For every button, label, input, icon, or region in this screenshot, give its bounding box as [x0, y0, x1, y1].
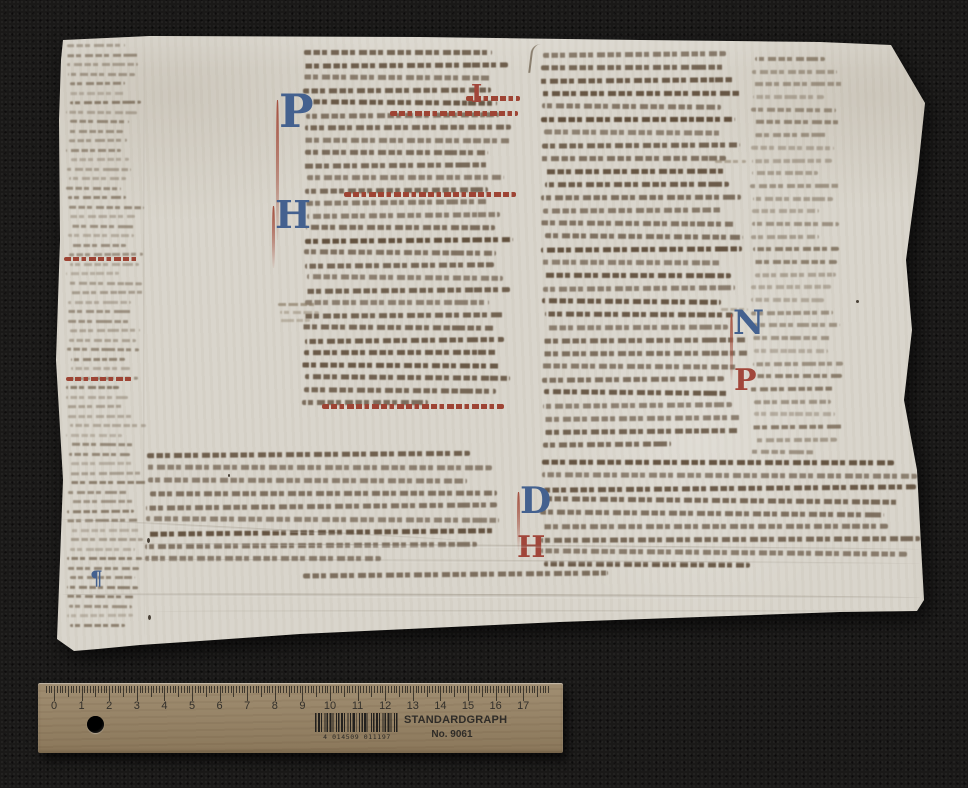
script-line: [68, 319, 132, 322]
script-line: [715, 160, 746, 163]
ruler-tick: [200, 686, 201, 693]
script-line: [68, 215, 135, 218]
ruler-number: 4: [161, 700, 167, 712]
script-line: [543, 402, 732, 408]
ruler-tick: [95, 686, 96, 697]
ruler-tick: [239, 686, 240, 693]
script-line: [150, 491, 497, 496]
initial-letter-P-blue: P: [279, 88, 314, 134]
ruler-tick: [438, 686, 439, 693]
script-line: [545, 428, 739, 434]
script-line: [305, 125, 511, 130]
crease: [62, 593, 920, 600]
ruler-tick: [267, 686, 268, 693]
script-line: [544, 415, 740, 421]
ruler-tick: [540, 686, 541, 693]
rubric-line: [390, 111, 518, 116]
ruler-tick: [498, 686, 499, 693]
ruler-tick: [164, 686, 165, 701]
script-line: [302, 362, 500, 368]
script-line: [67, 63, 138, 66]
ruler-tick: [316, 686, 317, 697]
script-line: [754, 399, 831, 403]
script-line: [543, 351, 748, 356]
script-line: [544, 389, 728, 395]
script-line: [67, 348, 139, 352]
ruler-tick: [313, 686, 314, 693]
script-line: [148, 477, 467, 483]
script-line: [66, 386, 119, 389]
ruler-number: 14: [434, 700, 446, 712]
script-line: [751, 234, 819, 238]
script-line: [755, 437, 837, 441]
ruler-tick: [333, 686, 334, 693]
script-line: [304, 387, 496, 393]
ruler-tick: [84, 686, 85, 693]
ruler-tick: [178, 686, 179, 697]
manuscript-leaf: P H I D H N P ¶: [0, 0, 968, 788]
ruler-tick: [106, 686, 107, 693]
ruler-tick: [322, 686, 323, 693]
script-line: [68, 300, 131, 303]
ruler-tick: [62, 686, 63, 693]
ruler-tick: [294, 686, 295, 693]
ruler-tick: [162, 686, 163, 693]
ruler-tick: [465, 686, 466, 693]
script-line: [304, 137, 510, 142]
barcode: 4 014509 011197: [313, 713, 401, 741]
ruler-tick: [112, 686, 113, 693]
script-line: [544, 484, 916, 492]
script-line: [146, 516, 499, 522]
ruler-tick: [187, 686, 188, 693]
script-line: [70, 329, 140, 333]
ruler-tick: [71, 686, 72, 693]
script-line: [68, 196, 126, 199]
script-line: [146, 465, 492, 470]
script-line: [545, 233, 743, 239]
script-line: [541, 65, 726, 70]
speck: [856, 300, 859, 303]
script-line: [751, 285, 831, 289]
script-line: [304, 312, 503, 318]
script-line: [304, 74, 491, 80]
ruler-tick: [520, 686, 521, 693]
ruler-tick: [156, 686, 157, 693]
script-line: [69, 91, 124, 94]
ruler-tick: [289, 686, 290, 697]
ruler-tick: [228, 686, 229, 693]
ruler-tick: [175, 686, 176, 693]
script-line: [71, 158, 129, 161]
ruler-tick: [487, 686, 488, 693]
ruler-tick: [327, 686, 328, 693]
script-line: [542, 460, 894, 465]
ruler-tick: [347, 686, 348, 693]
script-line: [542, 363, 738, 369]
script-line: [541, 117, 735, 122]
ruler-tick: [471, 686, 472, 693]
ruler-tick: [410, 686, 411, 693]
script-line: [543, 207, 722, 213]
ruler-tick: [129, 686, 130, 693]
ruler-tick: [297, 686, 298, 693]
script-line: [543, 51, 727, 57]
ruler-tick: [336, 686, 337, 693]
script-line: [70, 547, 135, 550]
ruler-tick: [311, 686, 312, 693]
ruler-number: 2: [106, 700, 112, 712]
script-line: [754, 412, 835, 416]
ruler-tick: [189, 686, 190, 693]
ruler-tick: [305, 686, 306, 693]
ruler-tick: [115, 686, 116, 693]
ruler-tick: [512, 686, 513, 693]
script-line: [545, 312, 733, 317]
script-line: [750, 184, 840, 188]
ruler-tick: [217, 686, 218, 693]
ruler-tick: [87, 686, 88, 693]
script-line: [751, 450, 814, 454]
ruler-tick: [435, 686, 436, 693]
ruler-tick: [545, 686, 546, 693]
ruler-number: 3: [134, 700, 140, 712]
script-line: [69, 452, 130, 455]
ruler-tick: [396, 686, 397, 693]
ruler-tick: [344, 686, 345, 697]
script-line: [754, 349, 828, 353]
ruler-tick: [104, 686, 105, 693]
ruler-tick: [261, 686, 262, 697]
ruler-tick: [269, 686, 270, 693]
ruler-tick: [476, 686, 477, 693]
script-line: [755, 133, 827, 137]
script-line: [66, 148, 121, 151]
script-line: [542, 273, 731, 278]
ruler-tick: [79, 686, 80, 693]
ruler-tick: [418, 686, 419, 693]
ruler-tick: [454, 686, 455, 697]
ruler-tick: [388, 686, 389, 693]
ruler-model-label: No. 9061: [404, 729, 500, 740]
ruler-tick: [352, 686, 353, 693]
ruler-tick: [380, 686, 381, 693]
ruler-tick: [148, 686, 149, 693]
ruler-tick: [76, 686, 77, 693]
ruler-tick: [308, 686, 309, 693]
script-line: [68, 234, 134, 237]
script-line: [70, 500, 133, 503]
script-line: [278, 303, 318, 306]
ruler-tick: [159, 686, 160, 693]
script-line: [543, 441, 671, 447]
ruler-tick: [363, 686, 364, 693]
script-line: [752, 171, 818, 175]
ruler-tick: [548, 686, 549, 693]
ruler-tick: [153, 686, 154, 693]
ruler-tick: [427, 686, 428, 697]
ruler-tick: [46, 686, 47, 693]
ruler-tick: [474, 686, 475, 693]
script-line: [68, 281, 142, 285]
ruler-number: 5: [189, 700, 195, 712]
script-line: [66, 53, 138, 57]
ruler-tick: [250, 686, 251, 693]
ruler-tick: [413, 686, 414, 701]
script-line: [751, 146, 834, 150]
script-line: [545, 325, 728, 330]
script-line: [69, 604, 132, 608]
bottom-left-text-block: [145, 452, 505, 569]
ruler-tick: [341, 686, 342, 693]
script-line: [544, 497, 900, 505]
ruler-tick: [68, 686, 69, 697]
ruler-tick: [526, 686, 527, 693]
script-line: [70, 82, 125, 86]
ruler-tick: [501, 686, 502, 693]
ruler-tick: [54, 686, 55, 701]
ruler-tick: [371, 686, 372, 697]
script-line: [305, 287, 510, 293]
ruler-tick: [236, 686, 237, 693]
ruler-tick: [181, 686, 182, 693]
script-line: [69, 253, 143, 257]
initial-letter-H-blue: H: [275, 196, 311, 234]
script-line: [69, 177, 126, 180]
script-line: [66, 272, 119, 275]
script-line: [71, 528, 139, 531]
ruler-tick: [57, 686, 58, 693]
photo-scene: P H I D H N P ¶: [0, 0, 968, 788]
script-line: [69, 338, 136, 341]
script-line: [752, 70, 837, 74]
script-line: [541, 220, 735, 226]
script-line: [305, 237, 513, 243]
script-line: [68, 566, 139, 569]
script-line: [753, 260, 837, 264]
script-line: [67, 509, 134, 513]
ruler-tick: [211, 686, 212, 693]
ruler-tick: [382, 686, 383, 693]
script-line: [304, 50, 492, 55]
script-line: [71, 367, 130, 370]
script-line: [752, 222, 839, 226]
ruler-tick: [416, 686, 417, 693]
rubric-line-margin: [64, 257, 138, 261]
script-line: [146, 502, 497, 510]
ruler-tick: [302, 686, 303, 701]
ruler-tick: [518, 686, 519, 693]
script-line: [542, 260, 720, 265]
ruler-tick: [145, 686, 146, 693]
script-line: [70, 262, 139, 265]
script-line: [66, 395, 128, 398]
ruler-tick: [358, 686, 359, 701]
ruler-number: 7: [244, 700, 250, 712]
ruler-tick: [394, 686, 395, 693]
script-line: [277, 319, 310, 322]
ruler-tick: [405, 686, 406, 693]
ruler-tick: [490, 686, 491, 693]
ruler-number: 9: [299, 700, 305, 712]
script-line: [542, 376, 724, 382]
ruler-tick: [264, 686, 265, 693]
ruler-tick: [134, 686, 135, 693]
ruler-tick: [385, 686, 386, 701]
script-line: [752, 209, 819, 213]
ruler-number: 13: [407, 700, 419, 712]
ruler-tick: [142, 686, 143, 693]
script-line: [304, 350, 497, 355]
ruler-tick: [220, 686, 221, 701]
ruler-tick: [460, 686, 461, 693]
script-line: [542, 298, 721, 304]
ruler-tick: [496, 686, 497, 701]
speck: [147, 538, 150, 543]
bottom-right-text-block: [540, 460, 932, 575]
ruler-tick: [286, 686, 287, 693]
ruler-tick: [247, 686, 248, 701]
ruler-tick: [206, 686, 207, 697]
ruler-tick: [123, 686, 124, 697]
ruler-tick: [529, 686, 530, 693]
penwork-flourish: [272, 206, 275, 268]
ruler-number: 6: [217, 700, 223, 712]
ruler-tick: [399, 686, 400, 697]
script-line: [303, 162, 488, 168]
right-margin-gloss-column: [750, 57, 842, 463]
ruler-tick: [231, 686, 232, 693]
right-text-column: [540, 52, 745, 455]
ruler-tick: [101, 686, 102, 693]
script-line: [71, 357, 125, 360]
script-line: [66, 110, 137, 114]
ruler-tick: [49, 686, 50, 693]
rubric-line-margin: [66, 377, 132, 381]
script-line: [67, 405, 124, 408]
tiny-margin-note-left: [276, 303, 320, 327]
ruler-tick: [443, 686, 444, 693]
ruler-tick: [73, 686, 74, 693]
script-line: [280, 311, 319, 314]
ruler-tick: [93, 686, 94, 693]
ruler-tick: [51, 686, 52, 693]
ruler-tick: [222, 686, 223, 693]
ruler-tick: [184, 686, 185, 693]
ruler-tick: [532, 686, 533, 693]
rubric-line: [322, 404, 504, 409]
script-line: [750, 386, 833, 390]
script-line: [70, 101, 141, 105]
ruler-tick: [432, 686, 433, 693]
ruler-tick: [98, 686, 99, 693]
script-line: [70, 623, 125, 626]
script-line: [68, 414, 135, 417]
ruler-tick: [137, 686, 138, 701]
script-line: [304, 249, 496, 255]
script-line: [305, 199, 487, 205]
ruler-tick: [325, 686, 326, 693]
ruler-tick: [543, 686, 544, 693]
initial-letter-P-red: P: [734, 366, 757, 396]
script-line: [541, 142, 739, 148]
speck: [148, 615, 151, 620]
crease-vertical: [143, 42, 146, 637]
script-line: [305, 374, 510, 380]
script-line: [541, 536, 920, 542]
script-line: [753, 82, 843, 86]
script-line: [753, 361, 843, 365]
barcode-bars: [315, 713, 399, 732]
script-line: [70, 424, 146, 427]
ruler-tick: [493, 686, 494, 693]
ruler-number: 15: [462, 700, 474, 712]
ruler-tick: [209, 686, 210, 693]
script-line: [307, 175, 504, 180]
ruler-tick: [402, 686, 403, 693]
ruler-number: 17: [517, 700, 529, 712]
ruler-tick: [140, 686, 141, 693]
ruler-tick: [369, 686, 370, 693]
ruler-brand-label: STANDARDGRAPH: [404, 714, 500, 726]
ruler-tick: [377, 686, 378, 693]
script-line: [753, 95, 824, 99]
ruler-hanging-hole: [87, 716, 104, 733]
ruler-tick: [272, 686, 273, 693]
ruler-tick: [457, 686, 458, 693]
script-line: [69, 443, 133, 447]
script-line: [71, 462, 135, 465]
ruler-tick: [424, 686, 425, 693]
ruler-tick: [374, 686, 375, 693]
script-line: [68, 310, 132, 313]
script-line: [66, 433, 122, 436]
rubric-line: [344, 192, 516, 197]
ruler-tick: [225, 686, 226, 693]
ruler-tick: [120, 686, 121, 693]
ruler-tick: [253, 686, 254, 693]
initial-letter-I-red: I: [471, 82, 482, 106]
script-line: [147, 451, 470, 458]
ruler-tick: [479, 686, 480, 693]
ruler-tick: [349, 686, 350, 693]
script-line: [306, 225, 495, 230]
ruler-number: 10: [324, 700, 336, 712]
ruler-tick: [131, 686, 132, 693]
initial-letter-N-blue: N: [733, 306, 764, 340]
script-line: [541, 246, 742, 252]
script-line: [305, 336, 504, 343]
script-line: [755, 272, 836, 276]
ruler-tick: [195, 686, 196, 693]
ruler-tick: [482, 686, 483, 697]
ruler-tick: [429, 686, 430, 693]
script-line: [303, 571, 608, 578]
script-line: [67, 167, 131, 170]
script-line: [305, 150, 488, 155]
ruler-number: 8: [272, 700, 278, 712]
ruler-tick: [244, 686, 245, 693]
script-line: [751, 298, 824, 302]
script-line: [753, 120, 839, 124]
script-line: [303, 62, 508, 68]
ruler-tick: [170, 686, 171, 693]
ruler-tick: [534, 686, 535, 693]
script-line: [541, 195, 741, 200]
script-line: [70, 120, 129, 124]
script-line: [302, 324, 494, 330]
script-line: [305, 300, 489, 305]
